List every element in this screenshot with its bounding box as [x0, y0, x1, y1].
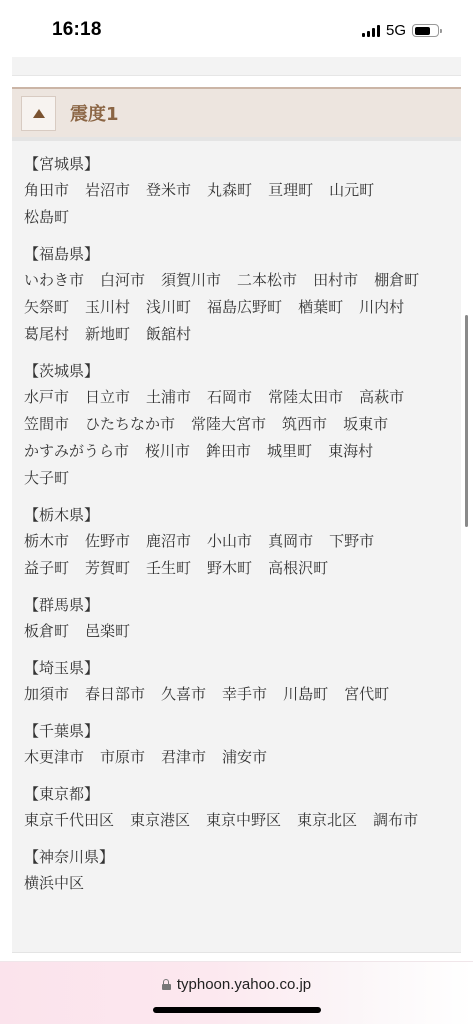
city-item: 小山市	[207, 528, 252, 555]
prefecture-block: 【宮城県】角田市岩沼市登米市丸森町亘理町山元町松島町	[24, 151, 461, 231]
city-item: 東京港区	[130, 807, 190, 834]
city-list: 角田市岩沼市登米市丸森町亘理町山元町松島町	[24, 177, 444, 231]
city-list: 板倉町邑楽町	[24, 618, 444, 645]
city-item: 亘理町	[268, 177, 313, 204]
city-item: 楢葉町	[298, 294, 343, 321]
city-item: 東京中野区	[206, 807, 281, 834]
city-item: 白河市	[100, 267, 145, 294]
prefecture-block: 【栃木県】栃木市佐野市鹿沼市小山市真岡市下野市益子町芳賀町壬生町野木町高根沢町	[24, 502, 461, 582]
city-item: 登米市	[146, 177, 191, 204]
city-item: 市原市	[100, 744, 145, 771]
city-item: 幸手市	[222, 681, 267, 708]
collapse-toggle-button[interactable]	[21, 96, 56, 131]
city-item: 日立市	[85, 384, 130, 411]
city-item: いわき市	[24, 267, 84, 294]
city-item: 城里町	[267, 438, 312, 465]
city-item: 田村市	[313, 267, 358, 294]
prefecture-name: 【埼玉県】	[24, 655, 461, 681]
city-item: 坂東市	[343, 411, 388, 438]
city-list: 水戸市日立市土浦市石岡市常陸太田市高萩市笠間市ひたちなか市常陸大宮市筑西市坂東市…	[24, 384, 444, 492]
city-item: 常陸太田市	[268, 384, 343, 411]
city-item: 壬生町	[146, 555, 191, 582]
city-item: 川島町	[283, 681, 328, 708]
city-item: 益子町	[24, 555, 69, 582]
city-item: 福島広野町	[207, 294, 282, 321]
city-item: 桜川市	[145, 438, 190, 465]
city-item: 高根沢町	[268, 555, 328, 582]
city-list: 東京千代田区東京港区東京中野区東京北区調布市	[24, 807, 444, 834]
city-item: 土浦市	[146, 384, 191, 411]
battery-icon	[412, 24, 439, 37]
city-item: 鉾田市	[206, 438, 251, 465]
city-item: 横浜中区	[24, 870, 84, 897]
city-item: 丸森町	[207, 177, 252, 204]
city-item: 常陸大宮市	[191, 411, 266, 438]
city-list: 栃木市佐野市鹿沼市小山市真岡市下野市益子町芳賀町壬生町野木町高根沢町	[24, 528, 444, 582]
city-item: 東京千代田区	[24, 807, 114, 834]
prefecture-name: 【栃木県】	[24, 502, 461, 528]
city-item: 鹿沼市	[146, 528, 191, 555]
prefecture-block: 【群馬県】板倉町邑楽町	[24, 592, 461, 645]
prefecture-name: 【福島県】	[24, 241, 461, 267]
prefecture-name: 【東京都】	[24, 781, 461, 807]
city-item: 矢祭町	[24, 294, 69, 321]
city-item: 石岡市	[207, 384, 252, 411]
intensity-area-list: 【宮城県】角田市岩沼市登米市丸森町亘理町山元町松島町【福島県】いわき市白河市須賀…	[12, 141, 461, 953]
prefecture-block: 【千葉県】木更津市市原市君津市浦安市	[24, 718, 461, 771]
city-item: 東海村	[328, 438, 373, 465]
city-list: 横浜中区	[24, 870, 444, 897]
city-item: 栃木市	[24, 528, 69, 555]
prefecture-name: 【宮城県】	[24, 151, 461, 177]
city-item: 君津市	[161, 744, 206, 771]
url-row[interactable]: typhoon.yahoo.co.jp	[0, 976, 473, 993]
city-item: 角田市	[24, 177, 69, 204]
status-bar: 16:18 5G	[0, 0, 473, 57]
prefecture-block: 【福島県】いわき市白河市須賀川市二本松市田村市棚倉町矢祭町玉川村浅川町福島広野町…	[24, 241, 461, 348]
city-item: 棚倉町	[374, 267, 419, 294]
lock-icon	[162, 979, 171, 990]
network-type: 5G	[386, 22, 406, 39]
city-item: 佐野市	[85, 528, 130, 555]
city-item: 芳賀町	[85, 555, 130, 582]
city-item: 玉川村	[85, 294, 130, 321]
city-item: 浅川町	[146, 294, 191, 321]
home-indicator[interactable]	[153, 1007, 321, 1013]
city-item: 飯舘村	[146, 321, 191, 348]
prefecture-block: 【神奈川県】横浜中区	[24, 844, 461, 897]
city-item: 須賀川市	[161, 267, 221, 294]
city-item: 筑西市	[282, 411, 327, 438]
city-item: 宮代町	[344, 681, 389, 708]
city-item: 葛尾村	[24, 321, 69, 348]
city-item: 笠間市	[24, 411, 69, 438]
intensity-title: 震度1	[70, 100, 119, 126]
city-item: 野木町	[207, 555, 252, 582]
city-item: 板倉町	[24, 618, 69, 645]
prefecture-name: 【神奈川県】	[24, 844, 461, 870]
city-item: 浦安市	[222, 744, 267, 771]
city-item: 松島町	[24, 204, 69, 231]
city-item: 東京北区	[297, 807, 357, 834]
city-list: いわき市白河市須賀川市二本松市田村市棚倉町矢祭町玉川村浅川町福島広野町楢葉町川内…	[24, 267, 444, 348]
city-item: 真岡市	[268, 528, 313, 555]
browser-address-bar[interactable]: typhoon.yahoo.co.jp	[0, 961, 473, 1024]
city-item: 新地町	[85, 321, 130, 348]
city-item: 川内村	[359, 294, 404, 321]
prefecture-block: 【茨城県】水戸市日立市土浦市石岡市常陸太田市高萩市笠間市ひたちなか市常陸大宮市筑…	[24, 358, 461, 492]
prefecture-name: 【千葉県】	[24, 718, 461, 744]
city-item: 高萩市	[359, 384, 404, 411]
city-item: 岩沼市	[85, 177, 130, 204]
prefecture-block: 【埼玉県】加須市春日部市久喜市幸手市川島町宮代町	[24, 655, 461, 708]
status-indicators: 5G	[362, 22, 439, 39]
cellular-signal-icon	[362, 25, 380, 37]
prefecture-name: 【群馬県】	[24, 592, 461, 618]
city-list: 木更津市市原市君津市浦安市	[24, 744, 444, 771]
city-item: 二本松市	[237, 267, 297, 294]
city-item: 加須市	[24, 681, 69, 708]
city-item: 春日部市	[85, 681, 145, 708]
city-item: 大子町	[24, 465, 69, 492]
previous-section-bottom	[12, 57, 461, 76]
city-item: 邑楽町	[85, 618, 130, 645]
city-list: 加須市春日部市久喜市幸手市川島町宮代町	[24, 681, 444, 708]
triangle-up-icon	[33, 109, 45, 118]
status-time: 16:18	[52, 19, 102, 41]
city-item: 調布市	[373, 807, 418, 834]
city-item: かすみがうら市	[24, 438, 129, 465]
url-text[interactable]: typhoon.yahoo.co.jp	[177, 976, 311, 993]
intensity-section-header[interactable]: 震度1	[12, 87, 461, 137]
city-item: 水戸市	[24, 384, 69, 411]
prefecture-name: 【茨城県】	[24, 358, 461, 384]
city-item: 下野市	[329, 528, 374, 555]
city-item: 木更津市	[24, 744, 84, 771]
city-item: ひたちなか市	[85, 411, 175, 438]
city-item: 山元町	[329, 177, 374, 204]
page-scrollbar[interactable]	[465, 315, 468, 527]
city-item: 久喜市	[161, 681, 206, 708]
prefecture-block: 【東京都】東京千代田区東京港区東京中野区東京北区調布市	[24, 781, 461, 834]
